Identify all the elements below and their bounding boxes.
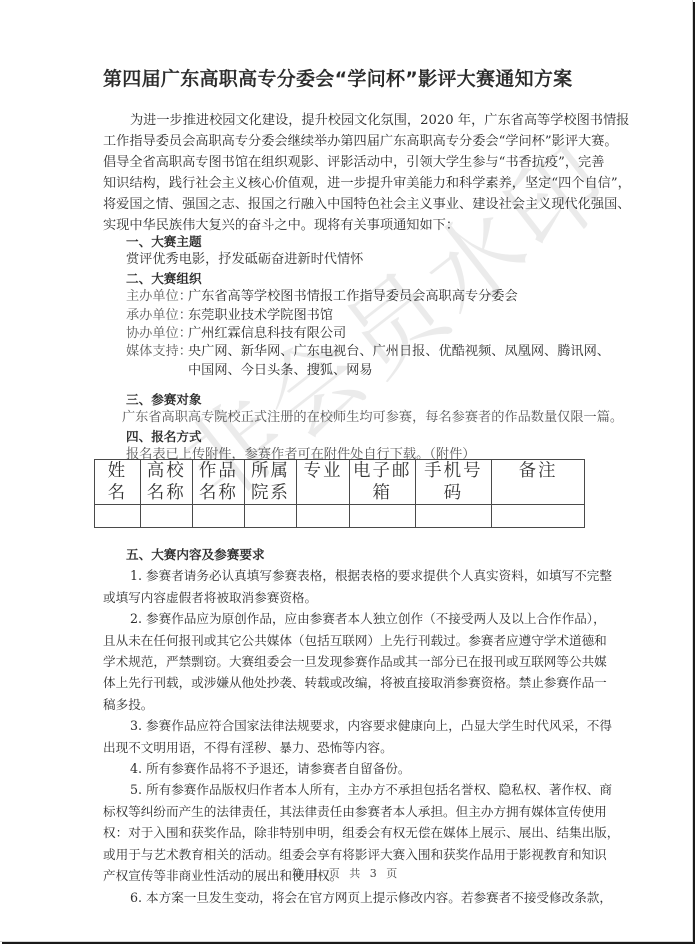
media-value-line-2: 中国网、今日头条、搜狐、网易 <box>188 362 373 380</box>
intro-line: 为进一步推进校园文化建设，提升校园文化氛围，2020 年，广东省高等学校图书情报 <box>103 110 623 131</box>
rule-line: 标权等纠纷而产生的法律责任，其法律责任由参赛者本人承担。但主办方拥有媒体宣传使用 <box>103 801 623 822</box>
rule-line: 且从未在任何报刊或其它公共媒体（包括互联网）上先行刊载过。参赛者应遵守学术道德和 <box>103 630 623 651</box>
rule-line: 1. 参赛者请务必认真填写参赛表格，根据表格的要求提供个人真实资料，如填写不完整 <box>103 565 623 586</box>
rule-line: 2. 参赛作品应为原创作品，应由参赛者本人独立创作（不接受两人及以上合作作品）， <box>103 608 623 629</box>
section-participants-and-registration: 三、参赛对象 广东省高职高专院校正式注册的在校师生均可参赛，每名参赛者的作品数量… <box>126 391 623 465</box>
section-3-heading: 三、参赛对象 <box>126 391 623 409</box>
header-cell-name: 姓名 <box>95 460 141 505</box>
media-label: 媒体支持： <box>126 343 188 361</box>
header-cell-remarks: 备注 <box>492 460 585 505</box>
document-page: 非会员水印 第四届广东高职高专分委会“学问杯”影评大赛通知方案 为进一步推进校园… <box>0 0 693 942</box>
rule-line: 3. 参赛作品应符合国家法律法规要求，内容要求健康向上，凸显大学生时代风采，不得 <box>103 715 623 736</box>
page-indicator: 第 1 页 共 3 页 <box>0 865 692 881</box>
rule-line: 权：对于入围和获奖作品，除非特别申明，组委会有权无偿在媒体上展示、展出、结集出版… <box>103 822 623 843</box>
media-value-line-1: 央广网、新华网、广东电视台、广州日报、优酷视频、凤凰网、腾讯网、 <box>188 343 610 361</box>
section-4-heading: 四、报名方式 <box>126 428 623 446</box>
header-cell-phone: 手机号码 <box>415 460 492 505</box>
table-cell <box>140 505 192 528</box>
rule-line: 体上先行刊载，或涉嫌从他处抄袭、转载或改编，将被直接取消参赛资格。禁止参赛作品一 <box>103 672 623 693</box>
table-header-row: 姓名 高校名称 作品名称 所属院系 专业 电子邮箱 手机号码 备注 <box>95 460 585 505</box>
registration-table: 姓名 高校名称 作品名称 所属院系 专业 电子邮箱 手机号码 备注 <box>94 459 585 528</box>
table-cell <box>244 505 296 528</box>
intro-line: 将爱国之情、强国之志、报国之行融入中国特色社会主义事业、建设社会主义现代化强国、 <box>103 194 623 215</box>
table-cell <box>415 505 492 528</box>
intro-paragraph: 为进一步推进校园文化建设，提升校园文化氛围，2020 年，广东省高等学校图书情报… <box>103 110 623 236</box>
document-title: 第四届广东高职高专分委会“学问杯”影评大赛通知方案 <box>103 64 623 91</box>
rule-line: 稿多投。 <box>103 694 623 715</box>
section-5: 五、大赛内容及参赛要求 1. 参赛者请务必认真填写参赛表格，根据表格的要求提供个… <box>103 544 623 908</box>
rule-line: 5. 所有参赛作品版权归作者本人所有，主办方不承担包括名誉权、隐私权、著作权、商 <box>103 779 623 800</box>
media-label-spacer <box>126 362 188 380</box>
host-label: 承办单位： <box>126 307 188 325</box>
intro-line: 工作指导委员会高职高专分委会继续举办第四届广东高职高专分委会“学问杯”影评大赛。 <box>103 131 623 152</box>
section-5-heading: 五、大赛内容及参赛要求 <box>103 544 623 565</box>
organizer-value: 广东省高等学校图书情报工作指导委员会高职高专分委会 <box>188 288 518 306</box>
header-cell-major: 专业 <box>296 460 349 505</box>
co-organizer-row: 协办单位： 广州红霖信息科技有限公司 <box>126 325 610 343</box>
header-cell-work-title: 作品名称 <box>192 460 244 505</box>
rule-line: 或用于与艺术教育相关的活动。组委会享有将影评大赛入围和获奖作品用于影视教育和知识 <box>103 844 623 865</box>
media-row-continued: 中国网、今日头条、搜狐、网易 <box>126 362 610 380</box>
organizer-label: 主办单位： <box>126 288 188 306</box>
section-1-content: 赏评优秀电影，抒发砥砺奋进新时代情怀 <box>126 251 610 269</box>
section-1-heading: 一、大赛主题 <box>126 233 610 251</box>
intro-line: 倡导全省高职高专图书馆在组织观影、评影活动中，引领大学生参与“书香抗疫”，完善 <box>103 152 623 173</box>
header-cell-department: 所属院系 <box>244 460 296 505</box>
table-cell <box>95 505 141 528</box>
header-cell-email: 电子邮箱 <box>349 460 415 505</box>
table-cell <box>192 505 244 528</box>
media-row: 媒体支持： 央广网、新华网、广东电视台、广州日报、优酷视频、凤凰网、腾讯网、 <box>126 343 610 361</box>
table-cell <box>296 505 349 528</box>
rule-line: 学术规范，严禁剽窃。大赛组委会一旦发现参赛作品或其一部分已在报刊或互联网等公共媒 <box>103 651 623 672</box>
table-cell <box>492 505 585 528</box>
organizer-row: 主办单位： 广东省高等学校图书情报工作指导委员会高职高专分委会 <box>126 288 610 306</box>
rule-line: 或填写内容虚假者将被取消参赛资格。 <box>103 587 623 608</box>
host-row: 承办单位： 东莞职业技术学院图书馆 <box>126 307 610 325</box>
header-cell-college: 高校名称 <box>140 460 192 505</box>
section-3-content: 广东省高职高专院校正式注册的在校师生均可参赛，每名参赛者的作品数量仅限一篇。 <box>122 409 623 427</box>
table-cell <box>349 505 415 528</box>
host-value: 东莞职业技术学院图书馆 <box>188 307 333 325</box>
section-theme-and-organization: 一、大赛主题 赏评优秀电影，抒发砥砺奋进新时代情怀 二、大赛组织 主办单位： 广… <box>126 233 610 380</box>
rule-line: 6. 本方案一旦发生变动，将会在官方网页上提示修改内容。若参赛者不接受修改条款， <box>103 887 623 908</box>
co-organizer-value: 广州红霖信息科技有限公司 <box>188 325 346 343</box>
table-row <box>95 505 585 528</box>
rule-line: 出现不文明用语，不得有淫秽、暴力、恐怖等内容。 <box>103 737 623 758</box>
intro-line: 知识结构，践行社会主义核心价值观，进一步提升审美能力和科学素养，坚定“四个自信”… <box>103 173 623 194</box>
co-organizer-label: 协办单位： <box>126 325 188 343</box>
rule-line: 4. 所有参赛作品将不予退还，请参赛者自留备份。 <box>103 758 623 779</box>
section-2-heading: 二、大赛组织 <box>126 270 610 288</box>
